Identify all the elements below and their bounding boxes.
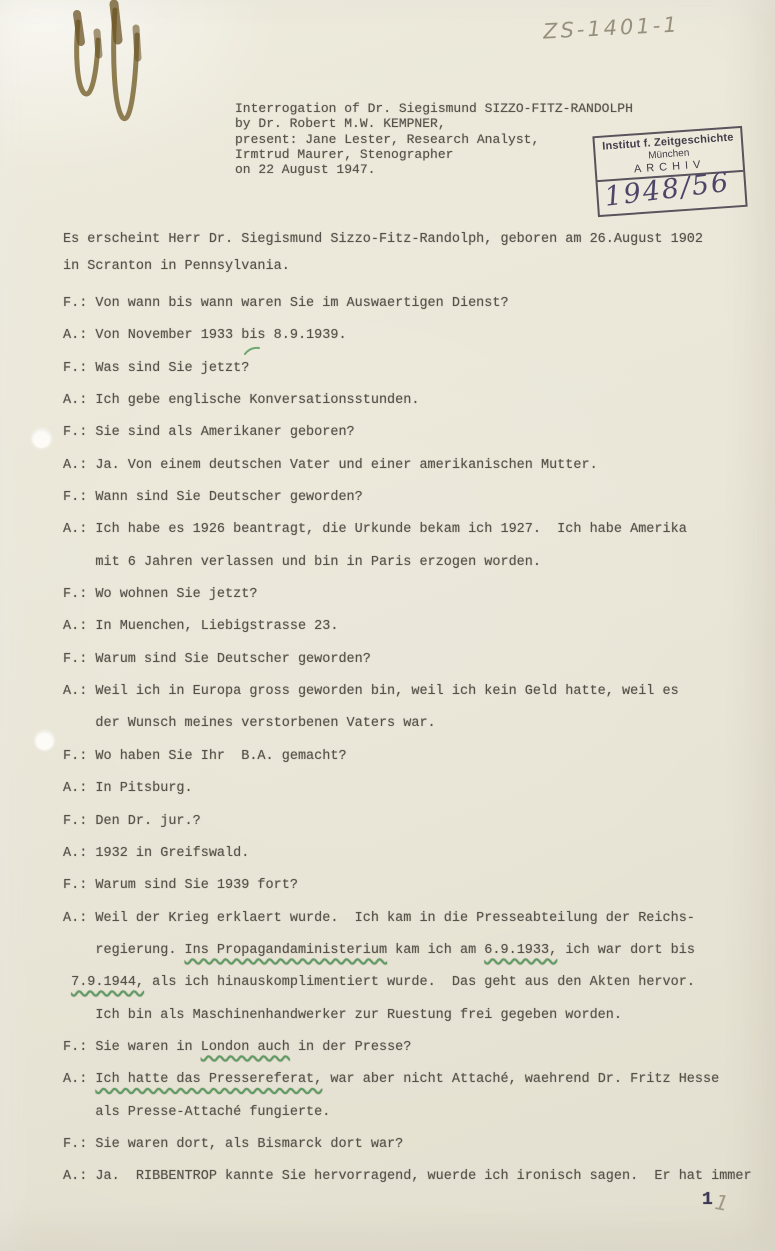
green-underlined-text: London auch <box>201 1040 290 1055</box>
typed-text: mit 6 Jahren verlassen und bin in Paris … <box>63 555 541 570</box>
typed-text: A.: Ja. Von einem deutschen Vater und ei… <box>63 458 598 473</box>
transcript-line: F.: Wann sind Sie Deutscher geworden? <box>63 482 752 514</box>
green-underlined-text: 6.9.1933, <box>484 943 557 958</box>
typed-line: on 22 August 1947. <box>235 162 633 177</box>
transcript-line: 7.9.1944, als ich hinauskomplimentiert w… <box>63 967 752 999</box>
typed-text: F.: Sie sind als Amerikaner geboren? <box>63 425 355 440</box>
typed-text: F.: Warum sind Sie Deutscher geworden? <box>63 652 371 667</box>
typed-text: F.: Was sind Sie jetzt? <box>63 361 249 376</box>
transcript-line: A.: Ich gebe englische Konversationsstun… <box>63 385 752 417</box>
typed-line: Irmtrud Maurer, Stenographer <box>235 147 633 162</box>
transcript-line: F.: Den Dr. jur.? <box>63 806 752 838</box>
typed-text: als ich hinauskomplimentiert wurde. Das … <box>144 975 695 990</box>
typed-text: A.: Ich gebe englische Konversationsstun… <box>63 393 419 408</box>
typed-text: F.: Wo haben Sie Ihr B.A. gemacht? <box>63 749 347 764</box>
typed-text: A.: Ich habe es 1926 beantragt, die Urku… <box>63 522 687 537</box>
transcript-line: als Presse-Attaché fungierte. <box>63 1097 752 1129</box>
transcript-line: der Wunsch meines verstorbenen Vaters wa… <box>63 708 752 740</box>
green-underlined-text: Ich hatte das Pressereferat, <box>95 1072 322 1087</box>
typed-text: der Wunsch meines verstorbenen Vaters wa… <box>63 716 436 731</box>
transcript-line: A.: Weil der Krieg erklaert wurde. Ich k… <box>63 903 752 935</box>
interrogation-transcript: F.: Von wann bis wann waren Sie im Auswa… <box>63 288 752 1194</box>
typed-text: kam ich am <box>387 943 484 958</box>
typed-text: war aber nicht Attaché, waehrend Dr. Fri… <box>322 1072 719 1087</box>
appearance-note: Es erscheint Herr Dr. Siegismund Sizzo-F… <box>63 227 703 280</box>
typed-text: A.: In Pitsburg. <box>63 781 193 796</box>
transcript-line: Ich bin als Maschinenhandwerker zur Rues… <box>63 1000 752 1032</box>
typed-line: Es erscheint Herr Dr. Siegismund Sizzo-F… <box>63 227 703 254</box>
typed-text: Ich bin als Maschinenhandwerker zur Rues… <box>63 1008 622 1023</box>
transcript-line: A.: In Pitsburg. <box>63 773 752 805</box>
transcript-line: F.: Von wann bis wann waren Sie im Auswa… <box>63 288 752 320</box>
transcript-line: A.: Von November 1933 bis 8.9.1939. <box>63 320 752 352</box>
transcript-line: A.: Ja. Von einem deutschen Vater und ei… <box>63 450 752 482</box>
typed-text: A.: Ja. RIBBENTROP kannte Sie hervorrage… <box>63 1169 752 1184</box>
typed-text: F.: Wo wohnen Sie jetzt? <box>63 587 257 602</box>
typed-text: A.: In Muenchen, Liebigstrasse 23. <box>63 619 338 634</box>
transcript-line: F.: Sie waren dort, als Bismarck dort wa… <box>63 1129 752 1161</box>
typed-text: A.: 1932 in Greifswald. <box>63 846 249 861</box>
green-underlined-text: Ins Propagandaministerium <box>185 943 388 958</box>
typed-text <box>63 975 71 990</box>
transcript-line: F.: Sie sind als Amerikaner geboren? <box>63 417 752 449</box>
transcript-line: F.: Warum sind Sie 1939 fort? <box>63 870 752 902</box>
hole-punch <box>32 429 51 448</box>
transcript-line: A.: Weil ich in Europa gross geworden bi… <box>63 676 752 708</box>
transcript-line: F.: Was sind Sie jetzt? <box>63 353 752 385</box>
page-number-typed: 1 <box>702 1190 713 1210</box>
hole-punch <box>35 731 54 750</box>
typed-text: F.: Sie waren dort, als Bismarck dort wa… <box>63 1137 403 1152</box>
typed-line: by Dr. Robert M.W. KEMPNER, <box>235 116 633 131</box>
transcript-line: A.: Ja. RIBBENTROP kannte Sie hervorrage… <box>63 1161 752 1193</box>
typed-text: A.: <box>63 1072 95 1087</box>
typed-text: F.: Sie waren in <box>63 1040 201 1055</box>
transcript-line: A.: In Muenchen, Liebigstrasse 23. <box>63 611 752 643</box>
typed-text: als Presse-Attaché fungierte. <box>63 1105 330 1120</box>
typed-text: A.: Weil ich in Europa gross geworden bi… <box>63 684 679 699</box>
transcript-line: A.: 1932 in Greifswald. <box>63 838 752 870</box>
transcript-line: F.: Sie waren in London auch in der Pres… <box>63 1032 752 1064</box>
transcript-line: F.: Warum sind Sie Deutscher geworden? <box>63 644 752 676</box>
transcript-line: mit 6 Jahren verlassen und bin in Paris … <box>63 547 752 579</box>
transcript-line: F.: Wo haben Sie Ihr B.A. gemacht? <box>63 741 752 773</box>
transcript-line: F.: Wo wohnen Sie jetzt? <box>63 579 752 611</box>
transcript-line: A.: Ich habe es 1926 beantragt, die Urku… <box>63 514 752 546</box>
transcript-line: regierung. Ins Propagandaministerium kam… <box>63 935 752 967</box>
typed-text: F.: Den Dr. jur.? <box>63 814 201 829</box>
archive-stamp: Institut f. Zeitgeschichte München ARCHI… <box>592 126 747 217</box>
typed-text: A.: Weil der Krieg erklaert wurde. Ich k… <box>63 911 695 926</box>
typed-text: F.: Von wann bis wann waren Sie im Auswa… <box>63 296 509 311</box>
typed-line: Interrogation of Dr. Siegismund SIZZO-FI… <box>235 101 633 116</box>
typed-line: present: Jane Lester, Research Analyst, <box>235 132 633 147</box>
green-underlined-text: 7.9.1944, <box>71 975 144 990</box>
typed-text: A.: Von November 1933 bis 8.9.1939. <box>63 328 347 343</box>
typed-text: regierung. <box>63 943 185 958</box>
paperclip-marks <box>55 0 205 150</box>
document-header: Interrogation of Dr. Siegismund SIZZO-FI… <box>235 101 633 177</box>
typed-text: ich war dort bis <box>557 943 695 958</box>
typed-text: F.: Warum sind Sie 1939 fort? <box>63 878 298 893</box>
typed-text: in der Presse? <box>290 1040 412 1055</box>
typed-text: F.: Wann sind Sie Deutscher geworden? <box>63 490 363 505</box>
transcript-line: A.: Ich hatte das Pressereferat, war abe… <box>63 1064 752 1096</box>
typed-line: in Scranton in Pennsylvania. <box>63 254 703 281</box>
